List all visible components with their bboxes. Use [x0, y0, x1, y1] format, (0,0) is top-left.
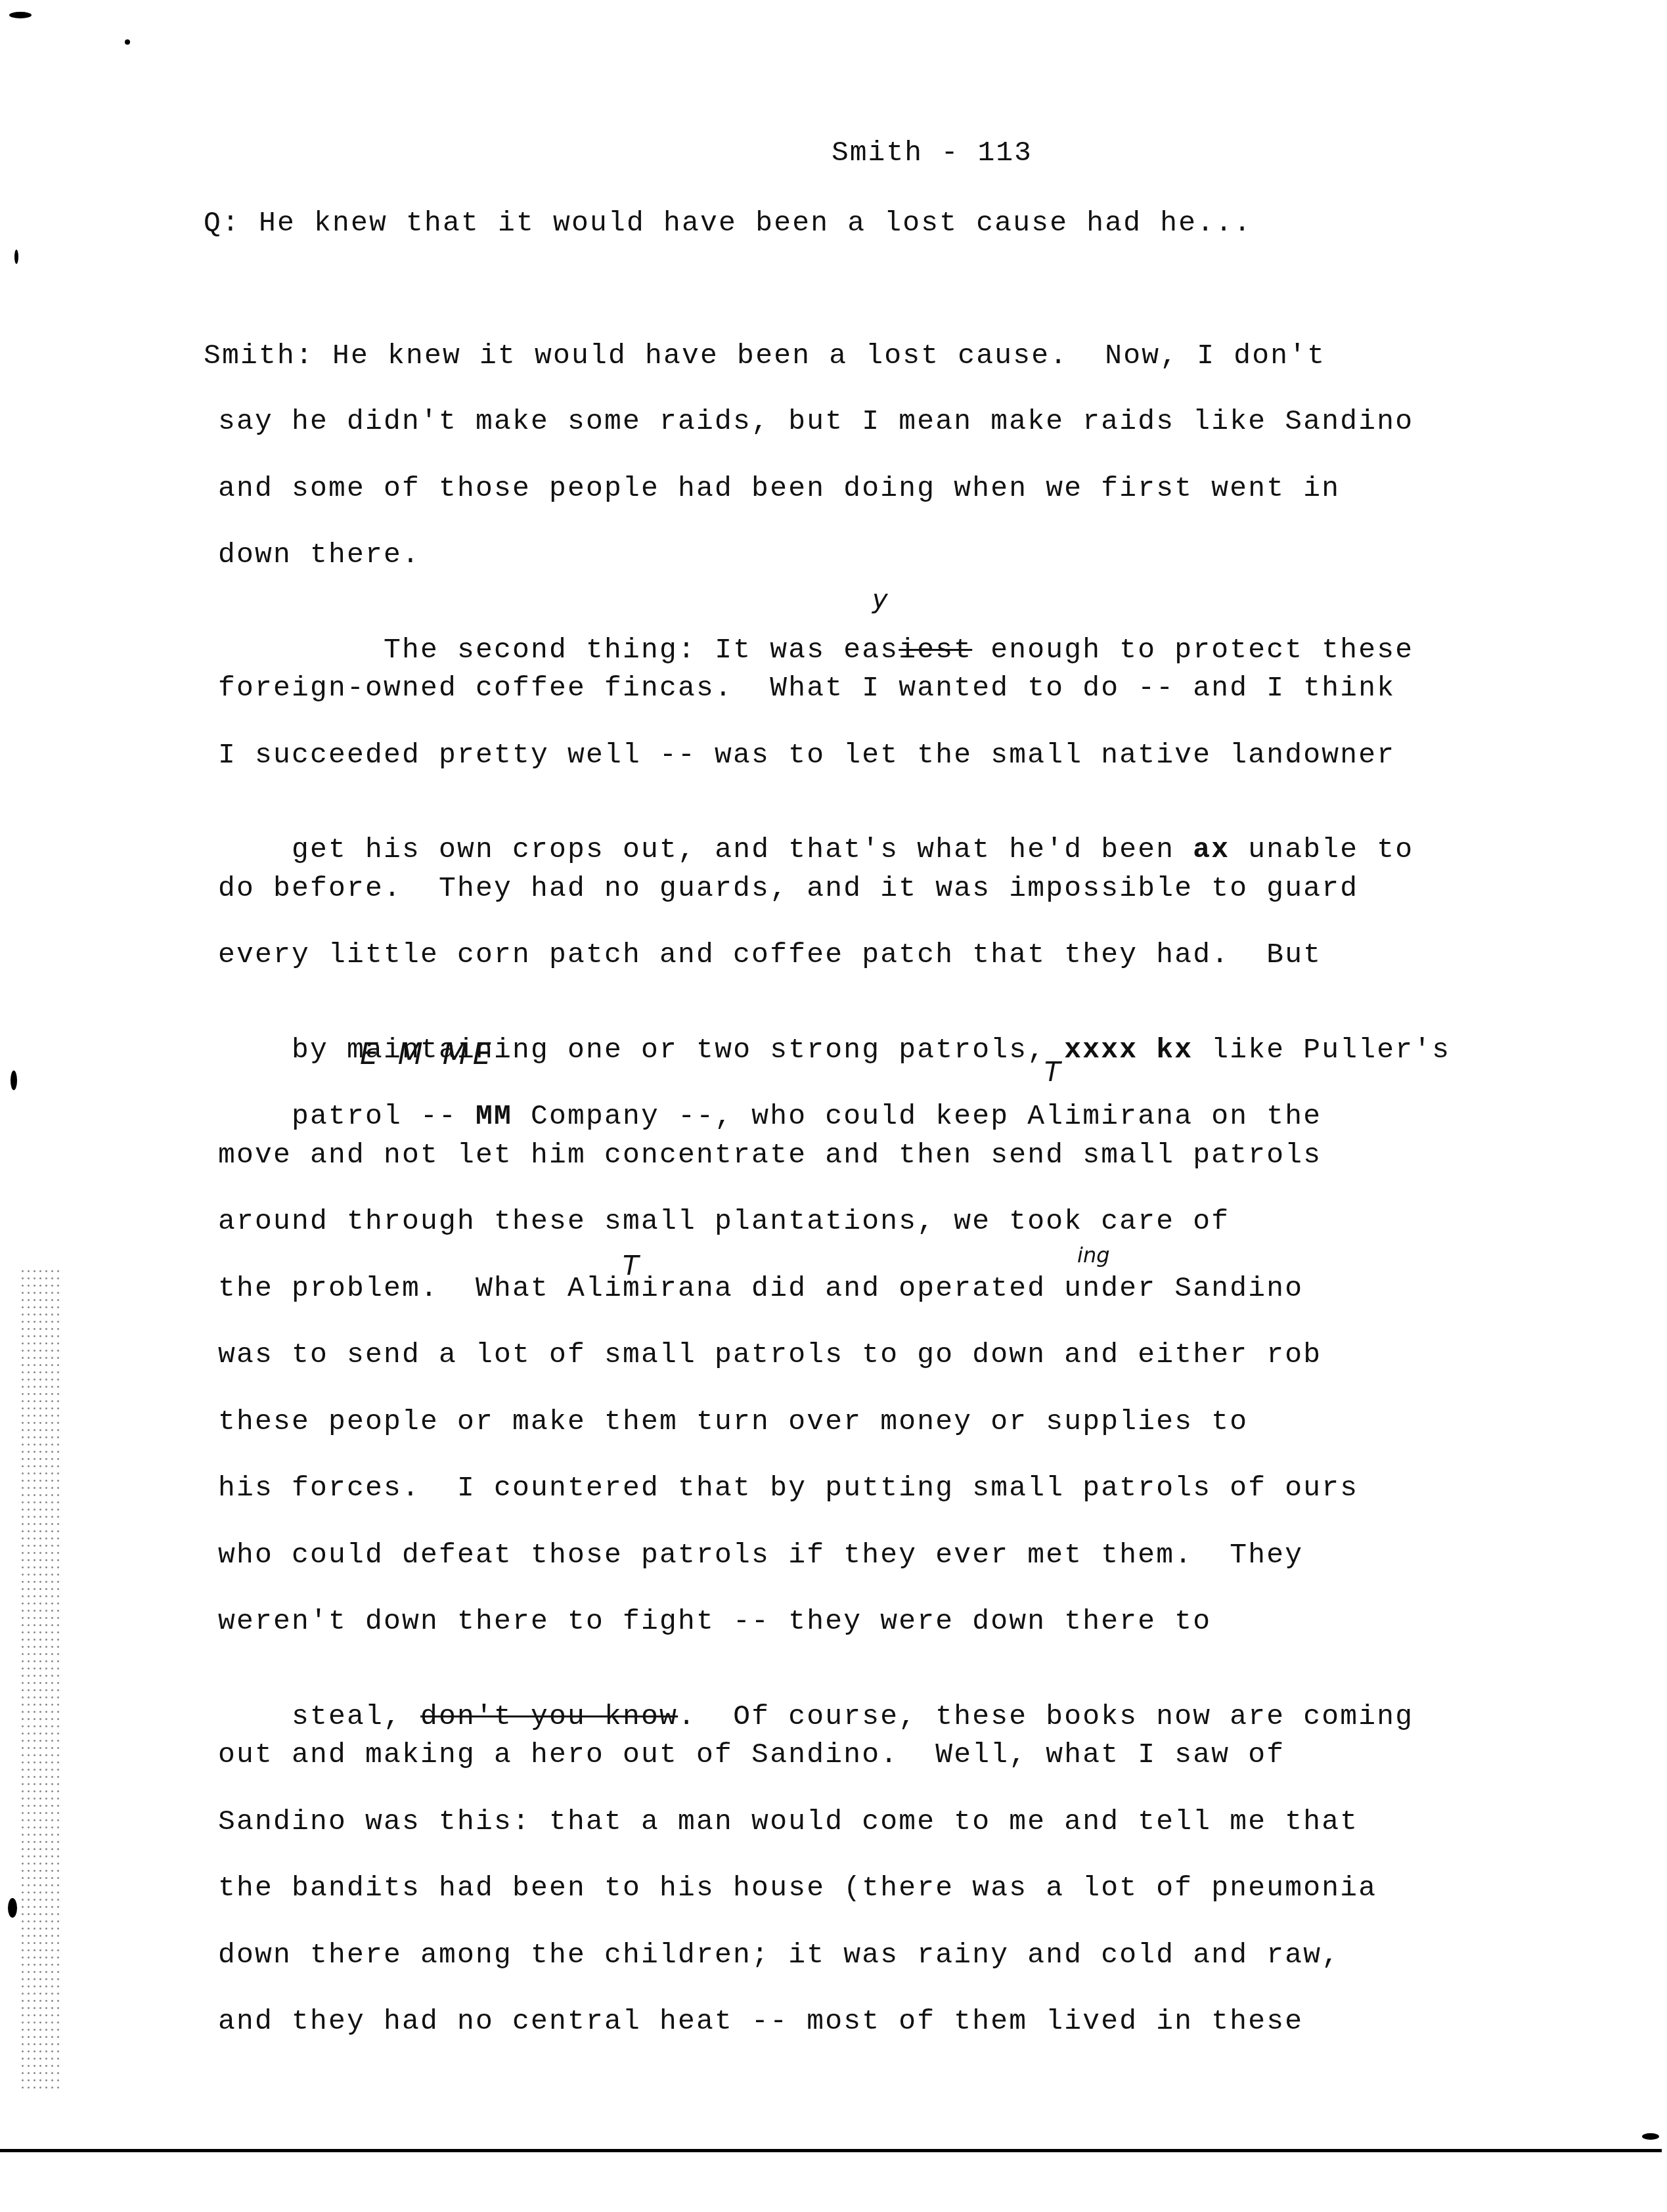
transcript-line: around through these small plantations, …	[218, 1207, 1230, 1235]
transcript-line: down there among the children; it was ra…	[218, 1941, 1340, 1969]
line-text: Company --, who could keep Alimirana on …	[512, 1100, 1322, 1132]
page-header: Smith - 113	[832, 137, 1033, 169]
transcript-line: the problem. What Alimirana did and oper…	[218, 1274, 1303, 1302]
line-text: The second thing: It was eas	[292, 634, 899, 666]
transcript-line: weren't down there to fight -- they were…	[218, 1607, 1211, 1635]
scan-speck	[1642, 2133, 1659, 2140]
line-text: patrol --	[292, 1100, 476, 1132]
handwritten-insert: E M ME	[360, 1038, 497, 1071]
transcript-line: these people or make them turn over mone…	[218, 1407, 1248, 1436]
scan-speck	[8, 1898, 17, 1918]
transcript-line: down there.	[218, 541, 420, 569]
transcript-line: his forces. I countered that by putting …	[218, 1474, 1358, 1502]
handwritten-caret: T	[1044, 1057, 1060, 1088]
line-text: steal,	[292, 1700, 420, 1733]
handwritten-insert: y	[872, 585, 888, 615]
struck-text: iest	[899, 634, 972, 666]
transcript-line: was to send a lot of small patrols to go…	[218, 1340, 1322, 1369]
line-text: unable to	[1230, 833, 1413, 866]
transcript-line: and they had no central heat -- most of …	[218, 2007, 1303, 2035]
transcript-line: I succeeded pretty well -- was to let th…	[218, 741, 1395, 769]
transcript-line: out and making a hero out of Sandino. We…	[218, 1740, 1285, 1769]
transcript-line: do before. They had no guards, and it wa…	[218, 874, 1358, 902]
transcript-line: who could defeat those patrols if they e…	[218, 1541, 1303, 1569]
scan-margin-noise	[20, 1268, 59, 2089]
transcript-line: Sandino was this: that a man would come …	[218, 1807, 1358, 1836]
transcript-line: say he didn't make some raids, but I mea…	[218, 407, 1413, 435]
xed-out-text: ax	[1193, 833, 1230, 866]
line-text: . Of course, these books now are coming	[678, 1700, 1413, 1733]
line-text: get his own crops out, and that's what h…	[292, 833, 1193, 866]
transcript-line: move and not let him concentrate and the…	[218, 1141, 1322, 1169]
scan-speck	[9, 12, 32, 18]
xed-out-text: xxxx kx	[1064, 1034, 1193, 1066]
transcript-line: foreign-owned coffee fincas. What I want…	[218, 674, 1395, 702]
line-text: enough to protect these	[972, 634, 1413, 666]
transcript-line: Q: He knew that it would have been a los…	[204, 209, 1252, 237]
transcript-line: Smith: He knew it would have been a lost…	[204, 342, 1325, 370]
handwritten-insert: ing	[1077, 1243, 1109, 1268]
transcript-line: every little corn patch and coffee patch…	[218, 940, 1322, 969]
line-text: like Puller's	[1193, 1034, 1450, 1066]
xed-out-text: MM	[476, 1100, 512, 1132]
scan-speck	[11, 1071, 17, 1090]
scan-speck	[125, 39, 130, 45]
struck-text: don't you know	[420, 1700, 678, 1733]
page-bottom-rule	[0, 2149, 1662, 2152]
transcript-line: the bandits had been to his house (there…	[218, 1874, 1377, 1902]
scan-speck	[14, 250, 18, 264]
transcript-line: and some of those people had been doing …	[218, 474, 1340, 502]
